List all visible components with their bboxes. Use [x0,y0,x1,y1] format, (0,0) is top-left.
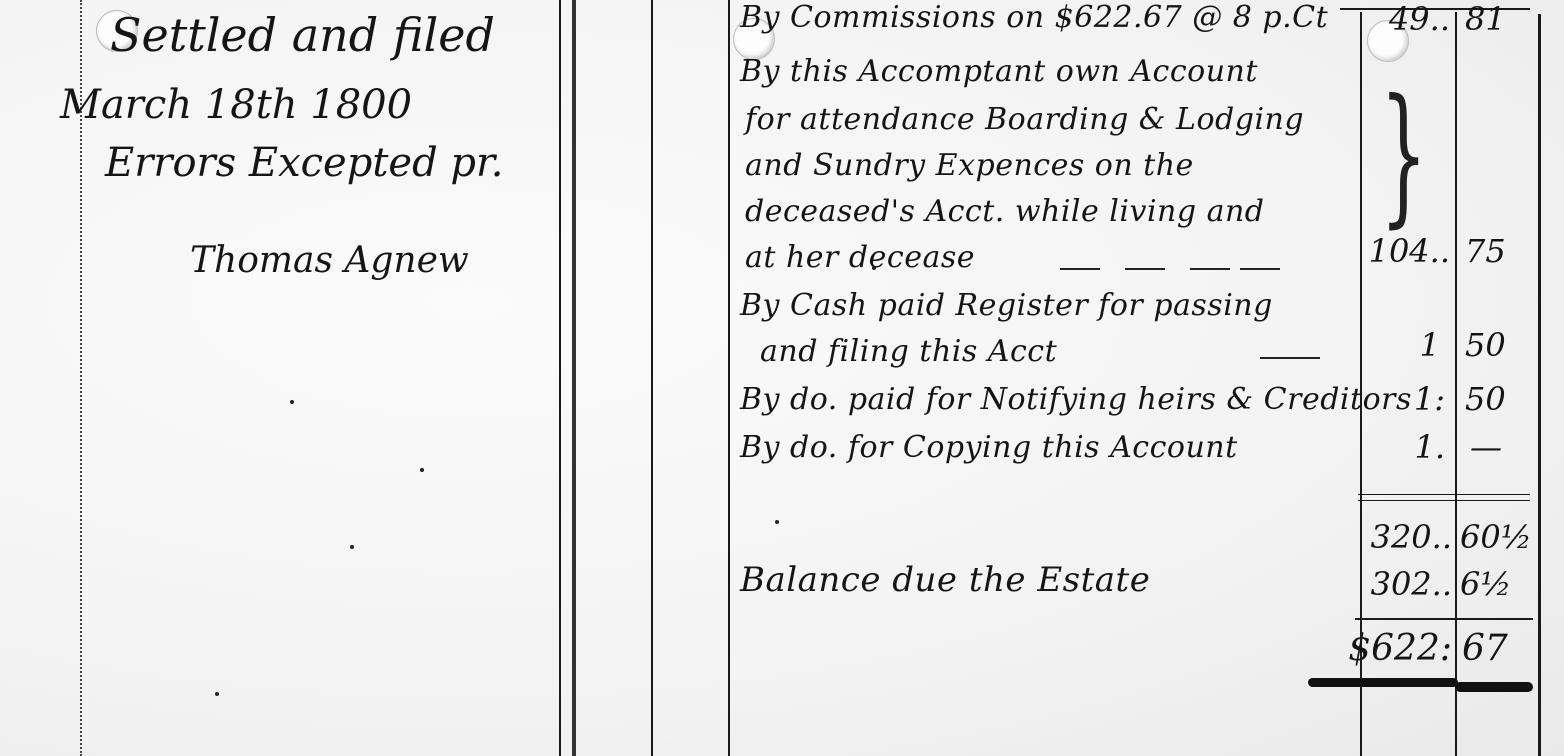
entry-description: for attendance Boarding & Lodging [745,102,1304,137]
ink-speck [872,266,876,270]
entry-cents: 75 [1465,232,1506,270]
cents-column-rule [1455,12,1457,756]
balance-label: Balance due the Estate [740,560,1150,600]
entry-cents: 81 [1465,0,1506,38]
entry-description: By do. paid for Notifying heirs & Credit… [740,382,1412,417]
ink-speck [350,545,354,549]
signature: Thomas Agnew [190,240,469,281]
column-rule [559,0,561,756]
entry-dollars: 1 [1365,326,1440,364]
entry-dollars: 1: [1365,380,1445,418]
settled-note-line: Settled and filed [110,8,495,62]
column-rule [728,0,730,756]
ink-speck [215,692,219,696]
right-edge-rule [1538,14,1541,756]
entry-description: By Cash paid Register for passing [740,288,1273,323]
settled-note-line: March 18th 1800 [60,82,412,128]
filler-dash [1190,268,1230,270]
subtotal-rule [1358,494,1530,495]
ledger-page: Settled and filed March 18th 1800 Errors… [0,0,1564,756]
entry-cents: 50 [1465,380,1506,418]
total-rule [1355,618,1533,620]
ink-speck [420,468,424,472]
entry-description: By Commissions on $622.67 @ 8 p.Ct [740,0,1328,35]
entry-dollars: 1. [1365,428,1445,466]
filler-dash [1060,268,1100,270]
filler-dash [1125,268,1165,270]
entry-cents: — [1470,428,1502,466]
entry-dollars: 49.. [1365,0,1450,38]
entry-description: and filing this Acct [760,334,1057,369]
balance-cents: 6½ [1460,565,1511,603]
settled-note-line: Errors Excepted pr. [105,140,503,186]
subtotal-cents: 60½ [1460,518,1532,556]
entry-description: By do. for Copying this Account [740,430,1238,465]
ink-speck [775,520,779,524]
grand-total-dollars: $622: [1300,628,1452,669]
filler-dash [1240,268,1280,270]
entry-dollars: 104.. [1365,232,1450,270]
column-rule [651,0,653,756]
column-rule [572,0,576,756]
grand-total-cents: 67 [1462,628,1508,669]
subtotal-dollars: 320.. [1362,518,1452,556]
entry-cents: 50 [1465,326,1506,364]
entry-description: By this Accomptant own Account [740,54,1258,89]
subtotal-rule [1358,500,1530,501]
filler-dash [1260,357,1320,359]
balance-dollars: 302.. [1362,565,1452,603]
ink-underline [1455,682,1533,692]
entry-description: at her decease [745,240,975,275]
entry-description: deceased's Acct. while living and [745,194,1265,229]
ink-underline [1308,678,1458,687]
brace-mark: } [1380,80,1428,230]
ink-speck [290,400,294,404]
entry-description: and Sundry Expences on the [745,148,1194,183]
